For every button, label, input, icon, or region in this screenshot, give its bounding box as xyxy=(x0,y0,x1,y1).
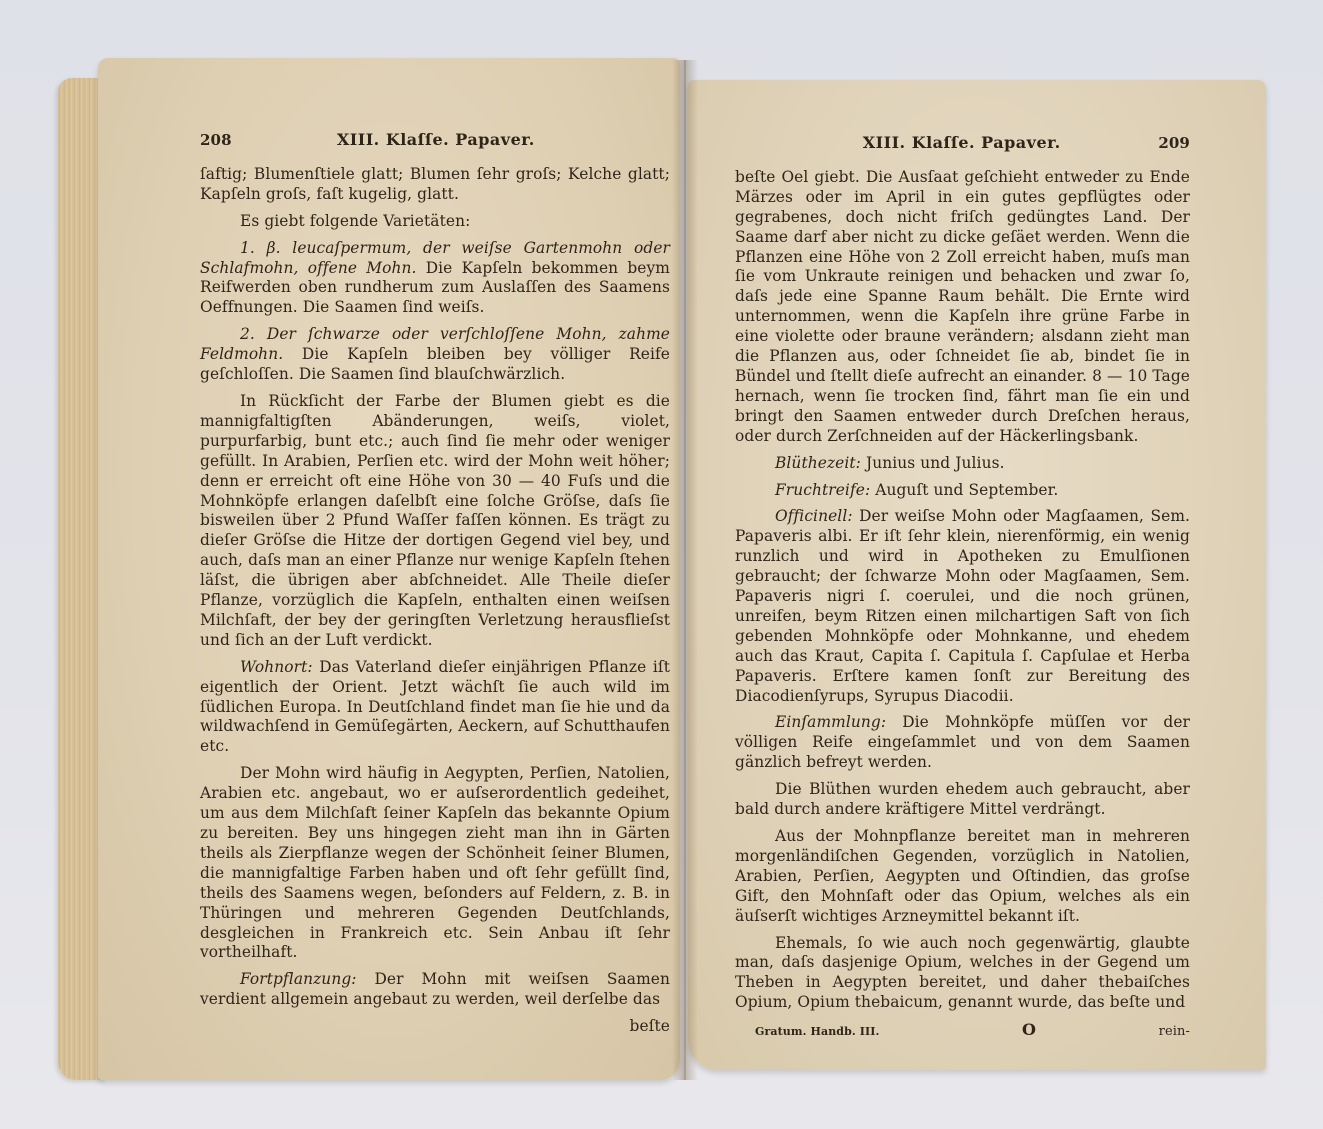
section-wohnort: Wohnort: Das Vaterland dieſer einjährige… xyxy=(200,658,670,758)
paragraph: Aus der Mohnpflanze bereitet man in mehr… xyxy=(735,827,1190,927)
right-page-text: XIII. Klaſſe. Papaver. 209 beſte Oel gie… xyxy=(735,133,1190,1042)
variety-entry: 1. β. leucaſpermum, der weiſse Gartenmoh… xyxy=(200,239,670,319)
catchword: rein- xyxy=(1159,1022,1190,1042)
book-gutter xyxy=(672,60,698,1080)
signature-mark: O xyxy=(1022,1020,1036,1040)
running-head: 208 XIII. Klaſſe. Papaver. xyxy=(200,130,670,151)
running-head: XIII. Klaſſe. Papaver. 209 xyxy=(735,133,1190,154)
section-fortpflanzung: Fortpflanzung: Der Mohn mit weiſsen Saam… xyxy=(200,970,670,1010)
footer-signature: Gratum. Handb. III. xyxy=(755,1022,879,1042)
paragraph: Der Mohn wird häufig in Aegypten, Perſie… xyxy=(200,764,670,963)
variety-entry: 2. Der ſchwarze oder verſchloſſene Mohn,… xyxy=(200,325,670,385)
paragraph: Die Blüthen wurden ehedem auch gebraucht… xyxy=(735,780,1190,820)
paragraph: beſte Oel giebt. Die Ausſaat geſchieht e… xyxy=(735,168,1190,447)
paragraph: Es giebt folgende Varietäten: xyxy=(200,212,670,232)
catchword: beſte xyxy=(200,1017,670,1037)
paragraph: In Rückſicht der Farbe der Blumen giebt … xyxy=(200,392,670,651)
running-head-title: XIII. Klaſſe. Papaver. xyxy=(863,133,1061,153)
running-head-title: XIII. Klaſſe. Papaver. xyxy=(337,130,535,150)
left-page-text: 208 XIII. Klaſſe. Papaver. ſaftig; Blume… xyxy=(200,130,670,1037)
paragraph: Ehemals, ſo wie auch noch gegenwärtig, g… xyxy=(735,934,1190,1014)
paragraph: ſaftig; Blumenſtiele glatt; Blumen ſehr … xyxy=(200,165,670,205)
page-number: 209 xyxy=(1158,134,1190,154)
section-einsammlung: Einſammlung: Die Mohnköpfe müſſen vor de… xyxy=(735,713,1190,773)
page-number: 208 xyxy=(200,131,232,151)
section-officinell: Officinell: Der weiſse Mohn oder Magſaam… xyxy=(735,507,1190,706)
open-book: 208 XIII. Klaſſe. Papaver. ſaftig; Blume… xyxy=(0,0,1323,1129)
section-fruchtreife: Fruchtreife: Auguſt und September. xyxy=(735,481,1190,501)
page-footer: Gratum. Handb. III. O rein- xyxy=(735,1020,1190,1042)
section-bluethezeit: Blüthezeit: Junius und Julius. xyxy=(735,454,1190,474)
